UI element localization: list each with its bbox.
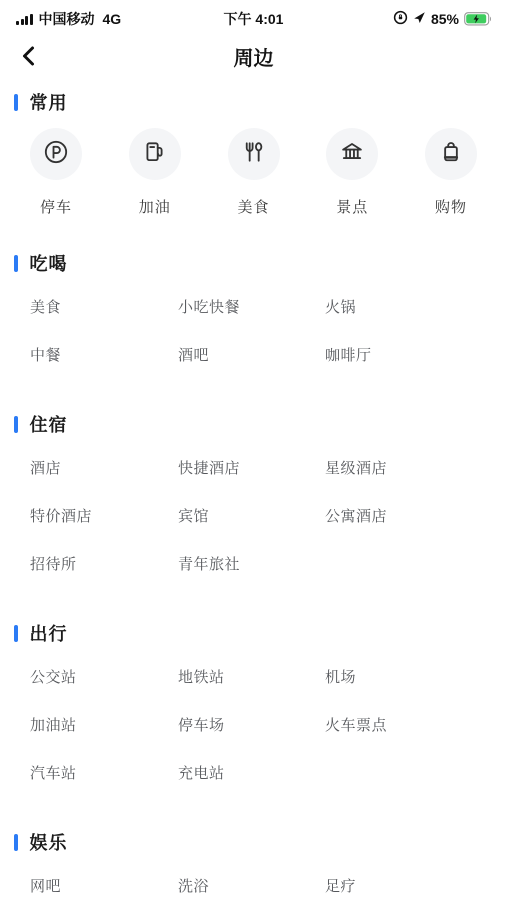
list-item[interactable]: 公寓酒店 bbox=[325, 505, 507, 525]
quick-item-label: 景点 bbox=[336, 196, 368, 217]
list-item[interactable]: 招待所 bbox=[30, 553, 178, 573]
status-bar: 中国移动 4G 下午 4:01 85% bbox=[0, 0, 507, 34]
list-item[interactable]: 火锅 bbox=[325, 296, 507, 316]
nav-bar: 周边 bbox=[0, 34, 507, 78]
accent-bar bbox=[14, 834, 18, 851]
section-header: 常用 bbox=[0, 90, 507, 114]
list-item[interactable]: 加油站 bbox=[30, 714, 178, 734]
status-right: 85% bbox=[393, 10, 493, 28]
list-item[interactable]: 火车票点 bbox=[325, 714, 507, 734]
battery-percent-label: 85% bbox=[431, 11, 459, 27]
quick-item-label: 购物 bbox=[435, 196, 467, 217]
section-transport: 出行 公交站地铁站机场加油站停车场火车票点汽车站充电站 bbox=[0, 621, 507, 782]
list-item[interactable]: 快捷酒店 bbox=[178, 457, 325, 477]
quick-item-label: 美食 bbox=[237, 196, 269, 217]
page-title: 周边 bbox=[0, 42, 507, 71]
quick-grid: 停车加油美食景点购物 bbox=[0, 114, 507, 217]
section-lodging: 住宿 酒店快捷酒店星级酒店特价酒店宾馆公寓酒店招待所青年旅社 bbox=[0, 412, 507, 573]
back-button[interactable] bbox=[15, 43, 43, 71]
quick-icon-circle bbox=[30, 128, 82, 180]
list-item[interactable]: 地铁站 bbox=[178, 666, 325, 686]
quick-item-shopping[interactable]: 购物 bbox=[423, 128, 479, 217]
section-header: 住宿 bbox=[0, 412, 507, 436]
quick-icon-circle bbox=[129, 128, 181, 180]
quick-icon-circle bbox=[425, 128, 477, 180]
list-item[interactable]: 酒吧 bbox=[178, 344, 325, 364]
parking-icon bbox=[43, 139, 69, 170]
list-item[interactable]: 足疗 bbox=[325, 875, 507, 895]
quick-item-fuel[interactable]: 加油 bbox=[127, 128, 183, 217]
list-item[interactable]: 中餐 bbox=[30, 344, 178, 364]
quick-icon-circle bbox=[326, 128, 378, 180]
section-common: 常用 停车加油美食景点购物 bbox=[0, 90, 507, 217]
list-item[interactable]: 停车场 bbox=[178, 714, 325, 734]
accent-bar bbox=[14, 416, 18, 433]
attraction-icon bbox=[339, 139, 365, 170]
quick-item-food[interactable]: 美食 bbox=[226, 128, 282, 217]
section-grid: 网吧洗浴足疗 bbox=[0, 854, 507, 895]
location-arrow-icon bbox=[413, 11, 426, 27]
section-header: 出行 bbox=[0, 621, 507, 645]
quick-icon-circle bbox=[228, 128, 280, 180]
list-item[interactable]: 洗浴 bbox=[178, 875, 325, 895]
accent-bar bbox=[14, 255, 18, 272]
battery-charging-icon bbox=[464, 12, 493, 26]
list-item[interactable]: 机场 bbox=[325, 666, 507, 686]
list-item[interactable]: 青年旅社 bbox=[178, 553, 325, 573]
section-grid: 公交站地铁站机场加油站停车场火车票点汽车站充电站 bbox=[0, 645, 507, 782]
section-title: 出行 bbox=[30, 620, 68, 646]
quick-item-parking[interactable]: 停车 bbox=[28, 128, 84, 217]
list-item[interactable]: 公交站 bbox=[30, 666, 178, 686]
fuel-icon bbox=[142, 139, 168, 170]
rotation-lock-icon bbox=[393, 10, 408, 28]
list-item[interactable]: 宾馆 bbox=[178, 505, 325, 525]
section-header: 娱乐 bbox=[0, 830, 507, 854]
list-item[interactable]: 特价酒店 bbox=[30, 505, 178, 525]
section-title: 娱乐 bbox=[30, 829, 68, 855]
section-title: 常用 bbox=[30, 89, 68, 115]
section-eat-drink: 吃喝 美食小吃快餐火锅中餐酒吧咖啡厅 bbox=[0, 251, 507, 364]
list-item[interactable]: 星级酒店 bbox=[325, 457, 507, 477]
quick-item-label: 加油 bbox=[139, 196, 171, 217]
quick-item-attraction[interactable]: 景点 bbox=[324, 128, 380, 217]
accent-bar bbox=[14, 625, 18, 642]
chevron-left-icon bbox=[18, 45, 40, 70]
section-grid: 酒店快捷酒店星级酒店特价酒店宾馆公寓酒店招待所青年旅社 bbox=[0, 436, 507, 573]
accent-bar bbox=[14, 94, 18, 111]
list-item[interactable]: 咖啡厅 bbox=[325, 344, 507, 364]
list-item[interactable]: 酒店 bbox=[30, 457, 178, 477]
list-item[interactable]: 充电站 bbox=[178, 762, 325, 782]
list-item[interactable]: 美食 bbox=[30, 296, 178, 316]
list-item[interactable]: 小吃快餐 bbox=[178, 296, 325, 316]
list-item[interactable]: 网吧 bbox=[30, 875, 178, 895]
quick-item-label: 停车 bbox=[40, 196, 72, 217]
section-grid: 美食小吃快餐火锅中餐酒吧咖啡厅 bbox=[0, 275, 507, 364]
section-entertainment: 娱乐 网吧洗浴足疗 bbox=[0, 830, 507, 895]
section-header: 吃喝 bbox=[0, 251, 507, 275]
list-item[interactable]: 汽车站 bbox=[30, 762, 178, 782]
section-title: 吃喝 bbox=[30, 250, 68, 276]
shopping-icon bbox=[438, 139, 464, 170]
food-icon bbox=[241, 139, 267, 170]
section-title: 住宿 bbox=[30, 411, 68, 437]
